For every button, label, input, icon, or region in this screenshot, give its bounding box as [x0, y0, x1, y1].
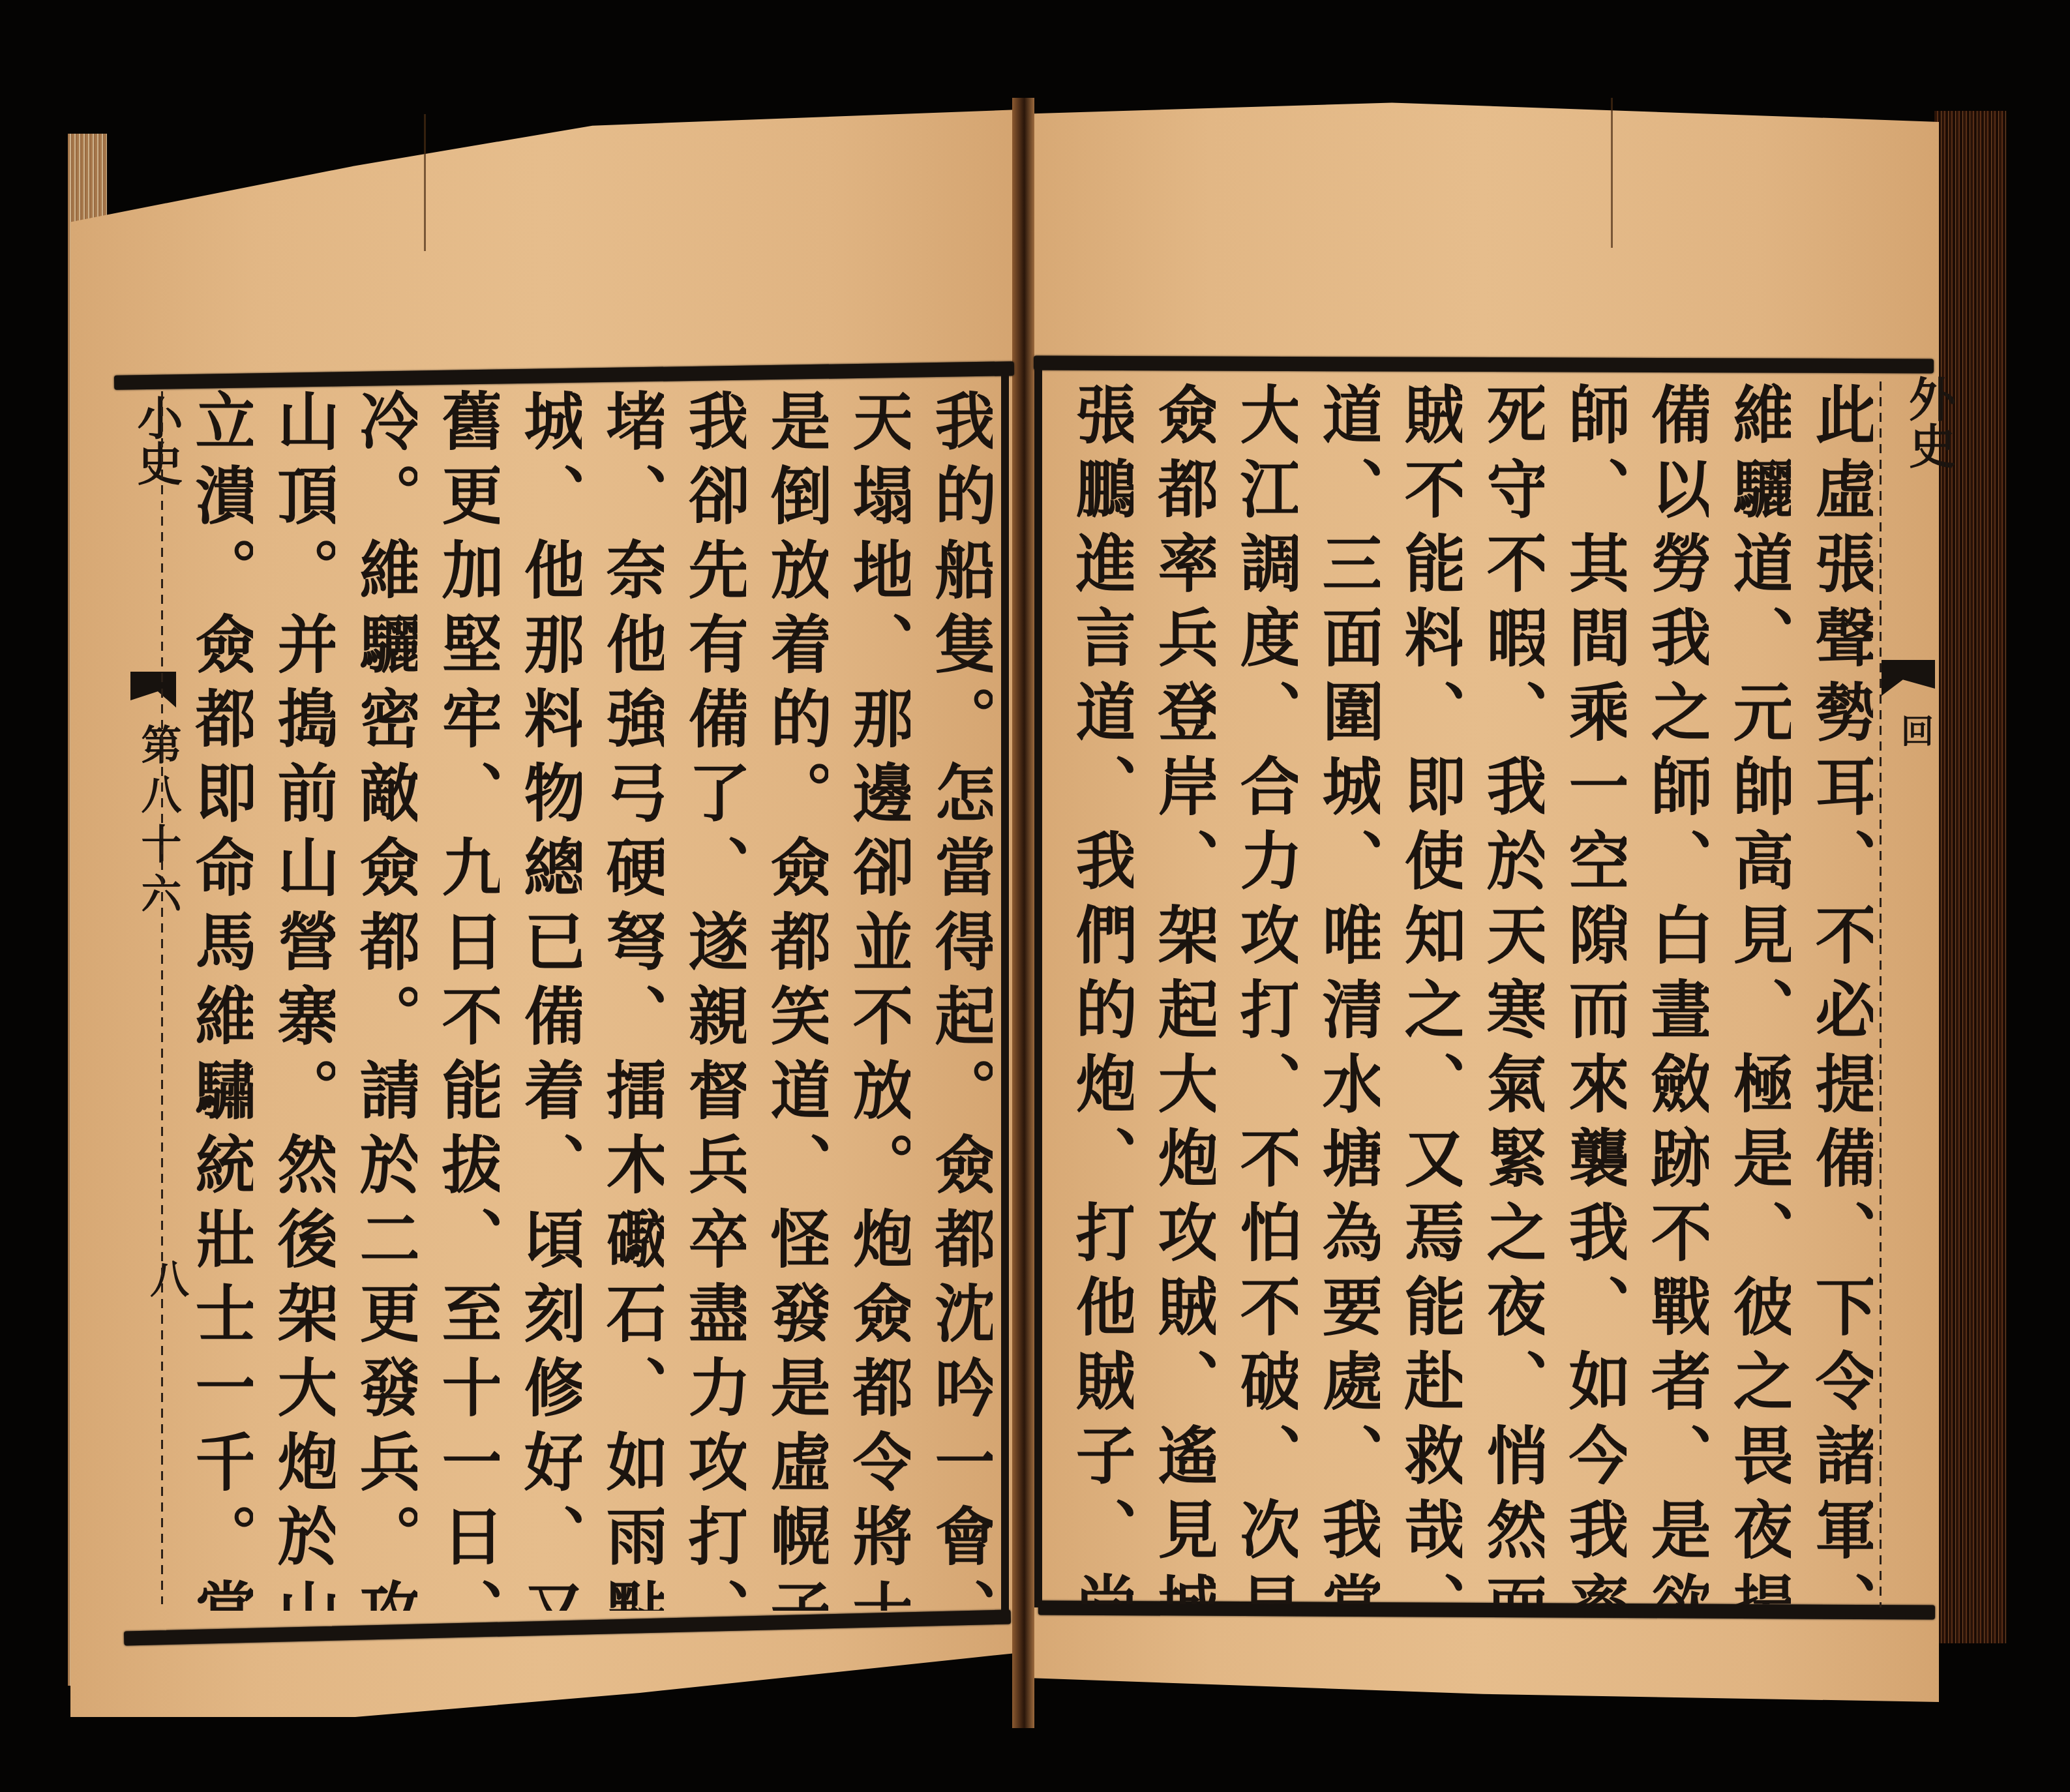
margin-dashed-rule — [1880, 381, 1882, 1607]
text-column: 我卻先有備了、遂親督兵卒盡力攻打、雖然打壞兩處城 — [664, 385, 746, 1611]
left-page-text: 我的船隻。怎當得起。僉都沈吟一會、令且打幾炮、端的震 天塌地、那邊卻並不放。炮僉… — [171, 385, 993, 1611]
text-column: 立潰。僉都即命馬維驌統壯士一千。當先馬維騏領壯士 — [171, 385, 253, 1611]
text-column: 大江調度、合力攻打、不怕不破、次早維驪分兵自進塘口、 — [1216, 378, 1298, 1604]
text-column: 是倒放着的。僉都笑道、怪發是虛幌子、他要猝然移轉時、 — [746, 385, 828, 1611]
right-left-border — [1034, 362, 1042, 1607]
right-margin-chapter: 回 — [1891, 714, 1938, 747]
text-column: 舊更加堅牢、九日不能拔、至十一日、西北風大作。天氣驟 — [417, 385, 500, 1611]
text-column: 堵、奈他強弓硬弩、擂木礮石、如雨點般下來、軍士不得上 — [582, 385, 664, 1611]
right-page-edges — [1934, 111, 2006, 1643]
text-column: 冷。維驪密敵僉都。請於二更發兵。攻奪大龍山。後卻抄過 — [335, 385, 417, 1611]
text-column: 維驪道、元帥高見、極是、彼之畏夜揚旂示威者、是欲我疑 — [1709, 378, 1791, 1604]
text-column: 山頂。并搗前山營寨。然後架大炮於山頭。打入城內。可以 — [253, 385, 335, 1611]
right-margin-title: 外史 — [1895, 375, 1962, 469]
text-column: 天塌地、那邊卻並不放。炮僉都令將士向前去看、原來炮 — [828, 385, 910, 1611]
text-column: 道、三面圍城、唯清水塘為要處、我當率兵前去、元師只在 — [1298, 378, 1380, 1604]
open-book: 小史 第八十六 八 我的船隻。怎當得起。僉都沈吟一會、令且打幾炮、端的震 天塌地… — [0, 0, 2070, 1792]
margin-dashed-rule — [161, 391, 163, 1604]
text-column: 死守不暇、我於天寒氣緊之夜、悄然而襲大龍山、不要說 — [1462, 378, 1544, 1604]
right-page-text: 此虛張聲勢耳、不必提備、下令諸軍、整頓炮位、明日攻城。 維驪道、元帥高見、極是、… — [1051, 378, 1873, 1604]
text-column: 此虛張聲勢耳、不必提備、下令諸軍、整頓炮位、明日攻城。 — [1791, 378, 1873, 1604]
text-column: 張鵬進言道、我們的炮、打他賊子、尚恐不能破、他的炮、打 — [1051, 378, 1133, 1604]
text-column: 賊不能料、即使知之、又焉能赴救哉、僉都稱善、維驪又進 — [1380, 378, 1462, 1604]
paper-crack — [424, 114, 426, 251]
text-column: 僉都率兵登岸、架起大炮攻賊、遙見城頭也架起大炮來。 — [1133, 378, 1216, 1604]
text-column: 我的船隻。怎當得起。僉都沈吟一會、令且打幾炮、端的震 — [910, 385, 993, 1611]
text-column: 師、其間乘一空隙而來襲我、如今我率兵晝夜攻打、彼且 — [1544, 378, 1627, 1604]
text-column: 城、他那料物總已備着、頃刻修好、又以鐵汁熔灌、倒比原 — [500, 385, 582, 1611]
text-column: 備以勞我之師、白晝斂跡不戰者、是欲我呼罵以驕我之 — [1627, 378, 1709, 1604]
book-gutter — [1012, 98, 1034, 1728]
left-right-border — [1001, 365, 1009, 1624]
paper-crack — [1611, 98, 1613, 248]
